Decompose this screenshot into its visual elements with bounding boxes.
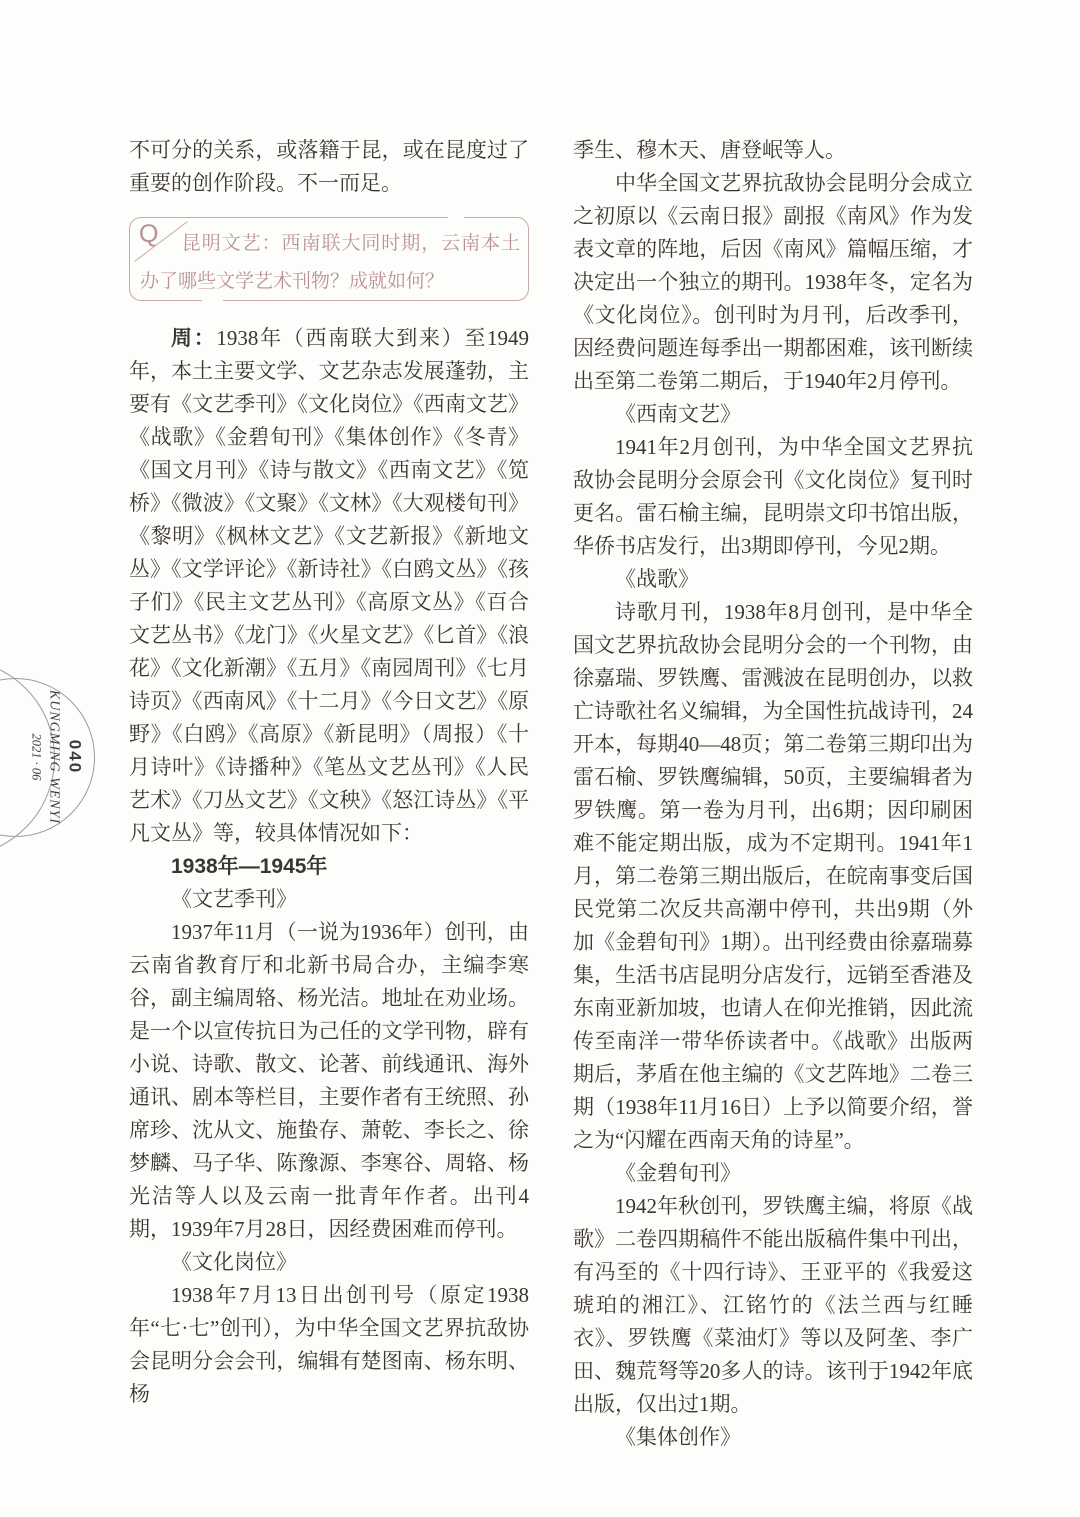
paragraph: 中华全国文艺界抗敌协会昆明分会成立之初原以《云南日报》副报《南风》作为发表文章的… — [573, 167, 973, 398]
speaker-label: 周： — [171, 327, 216, 350]
paragraph: 周：1938年（西南联大到来）至1949年，本土主要文学、文艺杂志发展蓬勃，主要… — [129, 322, 529, 850]
section-heading: 1938年—1945年 — [129, 850, 529, 883]
paragraph: 1942年秋创刊，罗铁鹰主编，将原《战歌》二卷四期稿件不能出版稿件集中刊出，有冯… — [573, 1190, 973, 1421]
journal-name: KUNGMING WENYI — [45, 690, 64, 824]
paragraph: 诗歌月刊，1938年8月创刊，是中华全国文艺界抗敌协会昆明分会的一个刊物，由徐嘉… — [573, 596, 973, 1157]
folio-block: 040 KUNGMING WENYI 2021 · 06 — [29, 690, 86, 824]
paragraph: 《战歌》 — [573, 563, 973, 596]
right-column: 季生、穆木天、唐登岷等人。中华全国文艺界抗敌协会昆明分会成立之初原以《云南日报》… — [573, 134, 973, 1454]
paragraph: 《金碧旬刊》 — [573, 1157, 973, 1190]
border-gap-top — [448, 216, 464, 219]
paragraph: 1937年11月（一说为1936年）创刊，由云南省教育厅和北新书局合办，主编李寒… — [129, 916, 529, 1246]
left-column: 不可分的关系，或落籍于昆，或在昆度过了重要的创作阶段。不一而足。 Q 昆明文艺：… — [129, 134, 529, 1411]
issue-number: 2021 · 06 — [29, 690, 45, 824]
question-text: 昆明文艺：西南联大同时期，云南本土办了哪些文学艺术刊物？成就如何？ — [140, 225, 520, 301]
magazine-page: 040 KUNGMING WENYI 2021 · 06 不可分的关系，或落籍于… — [0, 0, 1080, 1517]
page-number: 040 — [64, 690, 86, 824]
right-paragraphs: 季生、穆木天、唐登岷等人。中华全国文艺界抗敌协会昆明分会成立之初原以《云南日报》… — [573, 134, 973, 1454]
paragraph: 《集体创作》 — [573, 1421, 973, 1454]
paragraph: 《文艺季刊》 — [129, 883, 529, 916]
paragraph: 《文化岗位》 — [129, 1246, 529, 1279]
paragraph: 季生、穆木天、唐登岷等人。 — [573, 134, 973, 167]
paragraph: 《西南文艺》 — [573, 398, 973, 431]
paragraph: 1938年7月13日出创刊号（原定1938年“七·七”创刊），为中华全国文艺界抗… — [129, 1279, 529, 1411]
paragraph: 1941年2月创刊，为中华全国文艺界抗敌协会昆明分会原会刊《文化岗位》复刊时更名… — [573, 431, 973, 563]
question-box: Q 昆明文艺：西南联大同时期，云南本土办了哪些文学艺术刊物？成就如何？ — [129, 217, 529, 301]
left-paragraphs: 周：1938年（西南联大到来）至1949年，本土主要文学、文艺杂志发展蓬勃，主要… — [129, 322, 529, 1411]
paragraph-intro: 不可分的关系，或落籍于昆，或在昆度过了重要的创作阶段。不一而足。 — [129, 134, 529, 200]
